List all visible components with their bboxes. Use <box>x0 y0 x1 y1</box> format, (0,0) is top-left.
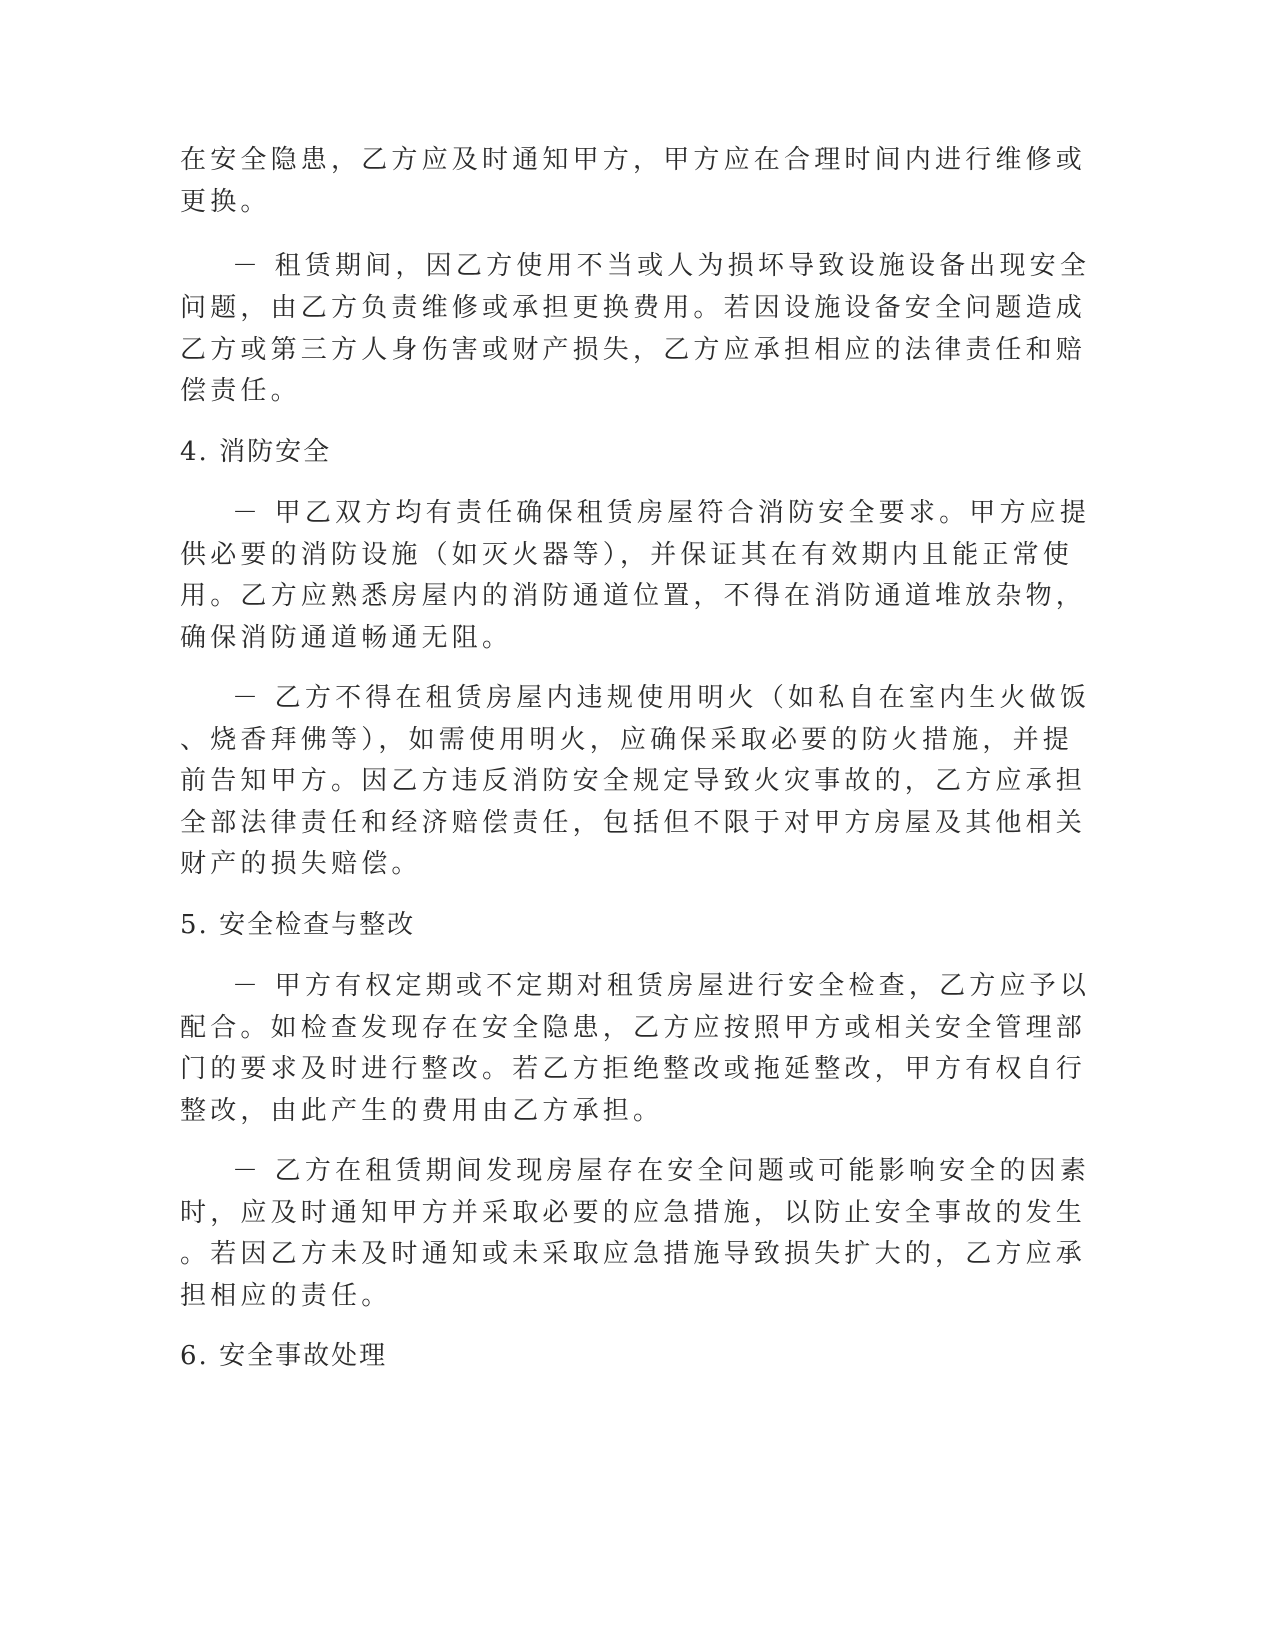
paragraph-line: 全部法律责任和经济赔偿责任，包括但不限于对甲方房屋及其他相关 <box>180 803 1086 843</box>
paragraph-line: － 甲乙双方均有责任确保租赁房屋符合消防安全要求。甲方应提 <box>232 493 1090 533</box>
paragraph-line: 配合。如检查发现存在安全隐患，乙方应按照甲方或相关安全管理部 <box>180 1008 1086 1048</box>
section-heading: 6. 安全事故处理 <box>180 1336 387 1376</box>
section-heading: 5. 安全检查与整改 <box>180 905 415 945</box>
paragraph-line: － 甲方有权定期或不定期对租赁房屋进行安全检查，乙方应予以 <box>232 966 1090 1006</box>
paragraph-line: 财产的损失赔偿。 <box>180 844 422 884</box>
paragraph-line: 、烧香拜佛等），如需使用明火，应确保采取必要的防火措施，并提 <box>180 720 1073 760</box>
paragraph-line: 门的要求及时进行整改。若乙方拒绝整改或拖延整改，甲方有权自行 <box>180 1049 1086 1089</box>
paragraph-line: 更换。 <box>180 182 271 222</box>
paragraph-line: 整改，由此产生的费用由乙方承担。 <box>180 1091 663 1131</box>
paragraph-line: － 乙方在租赁期间发现房屋存在安全问题或可能影响安全的因素 <box>232 1151 1090 1191</box>
paragraph-line: 乙方或第三方人身伤害或财产损失，乙方应承担相应的法律责任和赔 <box>180 330 1086 370</box>
paragraph-line: 担相应的责任。 <box>180 1276 391 1316</box>
paragraph-line: 偿责任。 <box>180 371 301 411</box>
paragraph-line: － 乙方不得在租赁房屋内违规使用明火（如私自在室内生火做饭 <box>232 678 1090 718</box>
paragraph-line: 时，应及时通知甲方并采取必要的应急措施，以防止安全事故的发生 <box>180 1193 1086 1233</box>
paragraph-line: － 租赁期间，因乙方使用不当或人为损坏导致设施设备出现安全 <box>232 246 1090 286</box>
paragraph-line: 问题，由乙方负责维修或承担更换费用。若因设施设备安全问题造成 <box>180 288 1086 328</box>
paragraph-line: 确保消防通道畅通无阻。 <box>180 618 512 658</box>
paragraph-line: 在安全隐患，乙方应及时通知甲方，甲方应在合理时间内进行维修或 <box>180 140 1086 180</box>
paragraph-line: 用。乙方应熟悉房屋内的消防通道位置，不得在消防通道堆放杂物， <box>180 576 1086 616</box>
paragraph-line: 供必要的消防设施（如灭火器等），并保证其在有效期内且能正常使 <box>180 535 1073 575</box>
section-heading: 4. 消防安全 <box>180 432 331 472</box>
paragraph-line: 前告知甲方。因乙方违反消防安全规定导致火灾事故的，乙方应承担 <box>180 761 1086 801</box>
paragraph-line: 。若因乙方未及时通知或未采取应急措施导致损失扩大的，乙方应承 <box>180 1234 1086 1274</box>
